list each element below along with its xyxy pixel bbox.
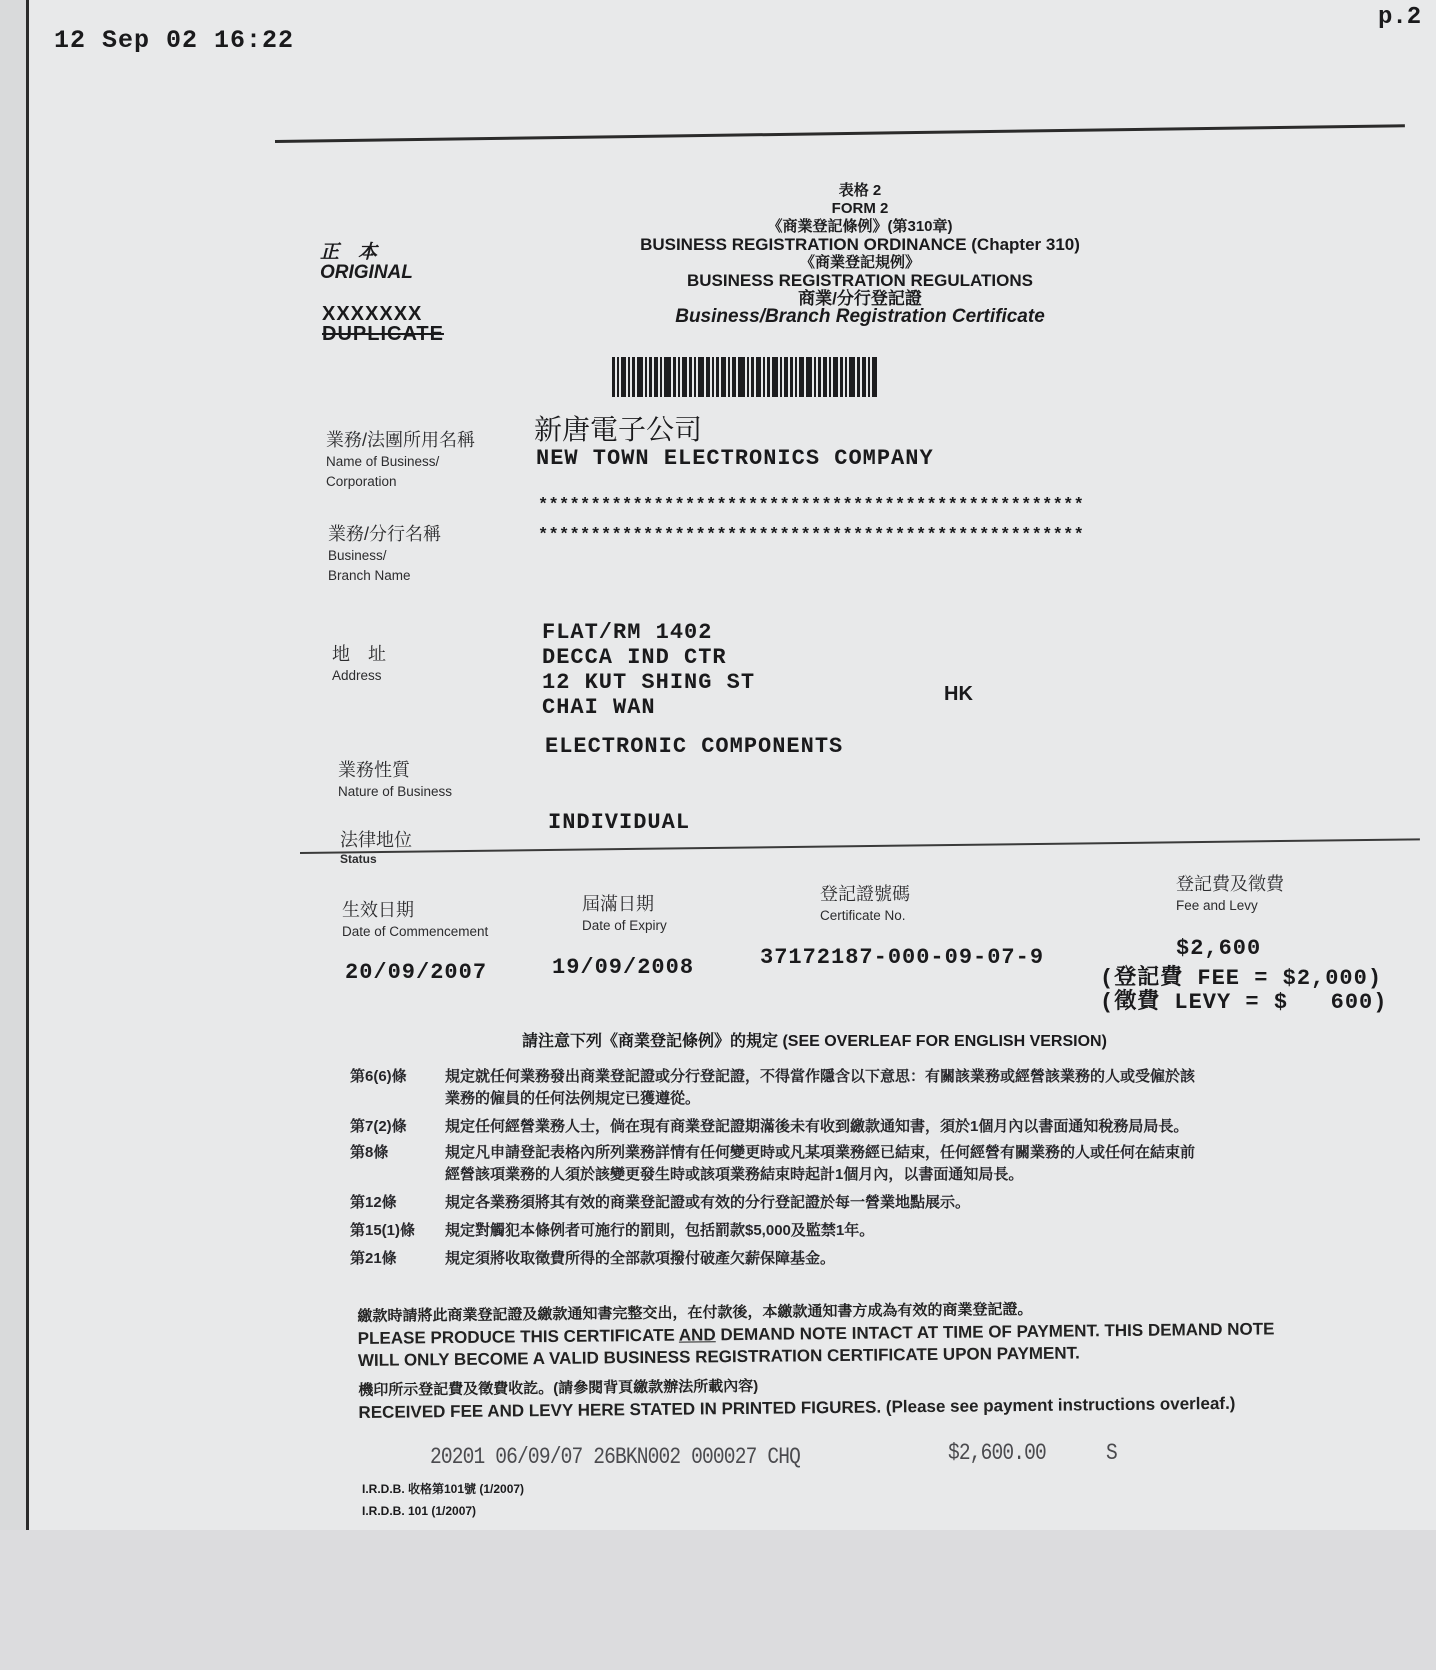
fee-levy-total: $2,600 bbox=[1176, 936, 1261, 961]
payment-notice: 繳款時請將此商業登記證及繳款通知書完整交出，在付款後，本繳款通知書方成為有效的商… bbox=[357, 1295, 1418, 1424]
status-value: INDIVIDUAL bbox=[548, 810, 690, 835]
rule-item: 第12條規定各業務須將其有效的商業登記證或有效的分行登記證於每一營業地點展示。 bbox=[350, 1192, 1390, 1214]
certificate-title-en: Business/Branch Registration Certificate bbox=[600, 308, 1120, 326]
address-line: 12 KUT SHING ST bbox=[542, 670, 755, 695]
duplicate-marker-struck: XXXXXXX DUPLICATE bbox=[322, 304, 444, 344]
receipt-stamp-amount: $2,600.00 bbox=[948, 1440, 1046, 1466]
nature-of-business-label: 業務性質 Nature of Business bbox=[338, 756, 452, 802]
barcode bbox=[612, 357, 1098, 397]
scan-background bbox=[0, 1530, 1436, 1670]
receipt-stamp-mark: S bbox=[1106, 1440, 1117, 1466]
duplicate-strike: XXXXXXX bbox=[322, 304, 444, 324]
original-en: ORIGINAL bbox=[320, 263, 413, 283]
address-label: 地 址 Address bbox=[332, 640, 386, 686]
branch-name-label: 業務/分行名稱 Business/ Branch Name bbox=[328, 520, 441, 586]
form-number-cn: 表格 2 bbox=[600, 182, 1120, 200]
regulations-en: BUSINESS REGISTRATION REGULATIONS bbox=[600, 272, 1120, 290]
business-name-label: 業務/法團所用名稱 Name of Business/ Corporation bbox=[326, 426, 475, 492]
form-title-block: 表格 2 FORM 2 《商業登記條例》(第310章) BUSINESS REG… bbox=[600, 182, 1120, 326]
original-marker: 正 本 ORIGINAL bbox=[320, 243, 413, 283]
form-number-en: FORM 2 bbox=[600, 200, 1120, 218]
page-number: p.2 bbox=[1378, 4, 1421, 31]
certificate-number: 37172187-000-09-07-9 bbox=[760, 945, 1044, 970]
branch-name-line-2: ****************************************… bbox=[538, 526, 1084, 545]
branch-name-line-1: ****************************************… bbox=[538, 496, 1084, 515]
levy-line: (徵費 LEVY = $ 600) bbox=[1100, 984, 1387, 1015]
rule-item: 第6(6)條規定就任何業務發出商業登記證或分行登記證，不得當作隱含以下意思：有關… bbox=[350, 1066, 1390, 1088]
original-cn: 正 本 bbox=[320, 243, 413, 263]
regulations-cn: 《商業登記規例》 bbox=[600, 254, 1120, 272]
duplicate-en: DUPLICATE bbox=[322, 324, 444, 344]
rule-item-cont: 業務的僱員的任何法例規定已獲遵從。 bbox=[350, 1088, 1390, 1110]
address-region: HK bbox=[944, 683, 973, 706]
commencement-label: 生效日期 Date of Commencement bbox=[342, 896, 488, 942]
address-line: CHAI WAN bbox=[542, 695, 755, 720]
fax-timestamp: 12 Sep 02 16:22 bbox=[54, 26, 294, 55]
ordinance-en: BUSINESS REGISTRATION ORDINANCE (Chapter… bbox=[600, 236, 1120, 254]
address-line: FLAT/RM 1402 bbox=[542, 620, 755, 645]
form-code: I.R.D.B. 收格第101號 (1/2007) I.R.D.B. 101 (… bbox=[362, 1478, 524, 1522]
commencement-date: 20/09/2007 bbox=[345, 960, 487, 985]
address-lines: FLAT/RM 1402 DECCA IND CTR 12 KUT SHING … bbox=[542, 620, 755, 720]
rule-item-cont: 經營該項業務的人須於該變更發生時或該項業務結束時起計1個月內，以書面通知局長。 bbox=[350, 1164, 1390, 1186]
business-name-en: NEW TOWN ELECTRONICS COMPANY bbox=[536, 446, 934, 471]
receipt-stamp-line: 20201 06/09/07 26BKN002 000027 CHQ bbox=[430, 1444, 800, 1470]
rule-item: 第8條規定凡申請登記表格內所列業務詳情有任何變更時或凡某項業務經已結束，任何經營… bbox=[350, 1142, 1390, 1164]
rule-item: 第21條規定須將收取徵費所得的全部款項撥付破產欠薪保障基金。 bbox=[350, 1248, 1390, 1270]
certificate-no-label: 登記證號碼 Certificate No. bbox=[820, 880, 910, 926]
rule-item: 第7(2)條規定任何經營業務人士，倘在現有商業登記證期滿後未有收到繳款通知書，須… bbox=[350, 1116, 1390, 1138]
business-name-cn: 新唐電子公司 bbox=[534, 408, 702, 448]
status-label: 法律地位 Status bbox=[340, 826, 412, 866]
rules-list: 第6(6)條規定就任何業務發出商業登記證或分行登記證，不得當作隱含以下意思：有關… bbox=[350, 1066, 1390, 1270]
nature-of-business-value: ELECTRONIC COMPONENTS bbox=[545, 734, 843, 759]
expiry-label: 屆滿日期 Date of Expiry bbox=[582, 890, 667, 936]
rules-heading: 請注意下列《商業登記條例》的規定 (SEE OVERLEAF FOR ENGLI… bbox=[522, 1028, 1107, 1051]
address-line: DECCA IND CTR bbox=[542, 645, 755, 670]
expiry-date: 19/09/2008 bbox=[552, 955, 694, 980]
ordinance-cn: 《商業登記條例》(第310章) bbox=[600, 218, 1120, 236]
rule-item: 第15(1)條規定對觸犯本條例者可施行的罰則，包括罰款$5,000及監禁1年。 bbox=[350, 1220, 1390, 1242]
fee-levy-label: 登記費及徵費 Fee and Levy bbox=[1176, 870, 1284, 916]
